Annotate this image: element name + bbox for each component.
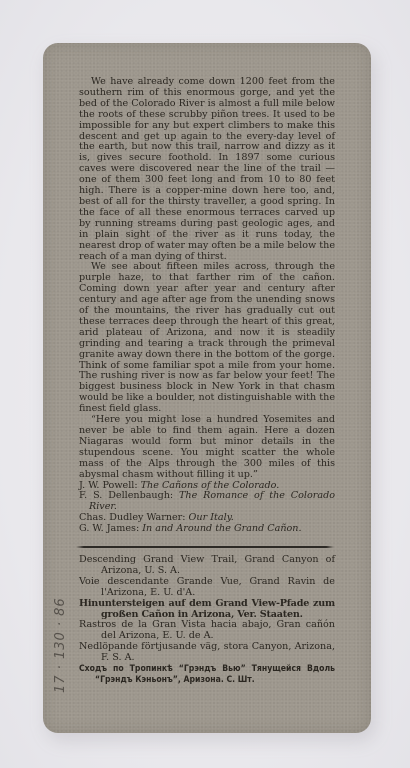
separator-rule xyxy=(76,546,334,548)
handwritten-catalog-number: 17 · 130 · 86 xyxy=(51,545,71,695)
handwritten-note-text: 17 · 130 · 86 xyxy=(53,597,68,693)
reference-author: J. W. Powell: xyxy=(79,480,141,491)
caption-swedish: Nedlöpande förtjusande väg, stora Canyon… xyxy=(79,642,335,664)
caption-english: Descending Grand View Trail, Grand Canyo… xyxy=(79,555,335,577)
stereoview-card-back: We have already come down 1200 feet from… xyxy=(43,43,371,733)
reference-list: J. W. Powell: The Cañons of the Colorado… xyxy=(79,481,335,536)
reference-author: G. W. James: xyxy=(79,523,142,534)
caption-german: Hinuntersteigen auf dem Grand View-Pfade… xyxy=(79,599,335,621)
caption-russian: Сходъ по Тропинкѣ “Грэндъ Вью” Тянущейся… xyxy=(79,664,335,686)
reference-item: F. S. Dellenbaugh: The Romance of the Co… xyxy=(79,491,335,513)
caption-french: Voie descendante Grande Vue, Grand Ravin… xyxy=(79,577,335,599)
reference-title: In and Around the Grand Cañon. xyxy=(142,523,301,534)
descriptive-text: We have already come down 1200 feet from… xyxy=(79,77,335,535)
quote-paragraph: “Here you might lose a hundred Yosemites… xyxy=(79,415,335,480)
caption-spanish: Rastros de la Gran Vista hacia abajo, Gr… xyxy=(79,620,335,642)
paragraph-1: We have already come down 1200 feet from… xyxy=(79,77,335,262)
paragraph-2: We see about fifteen miles across, throu… xyxy=(79,262,335,415)
multilingual-captions: Descending Grand View Trail, Grand Canyo… xyxy=(79,555,335,686)
reference-author: Chas. Dudley Warner: xyxy=(79,512,189,523)
reference-title: The Cañons of the Colorado. xyxy=(141,480,280,491)
reference-author: F. S. Dellenbaugh: xyxy=(79,490,179,501)
reference-item: G. W. James: In and Around the Grand Cañ… xyxy=(79,524,335,535)
reference-title: Our Italy. xyxy=(189,512,234,523)
